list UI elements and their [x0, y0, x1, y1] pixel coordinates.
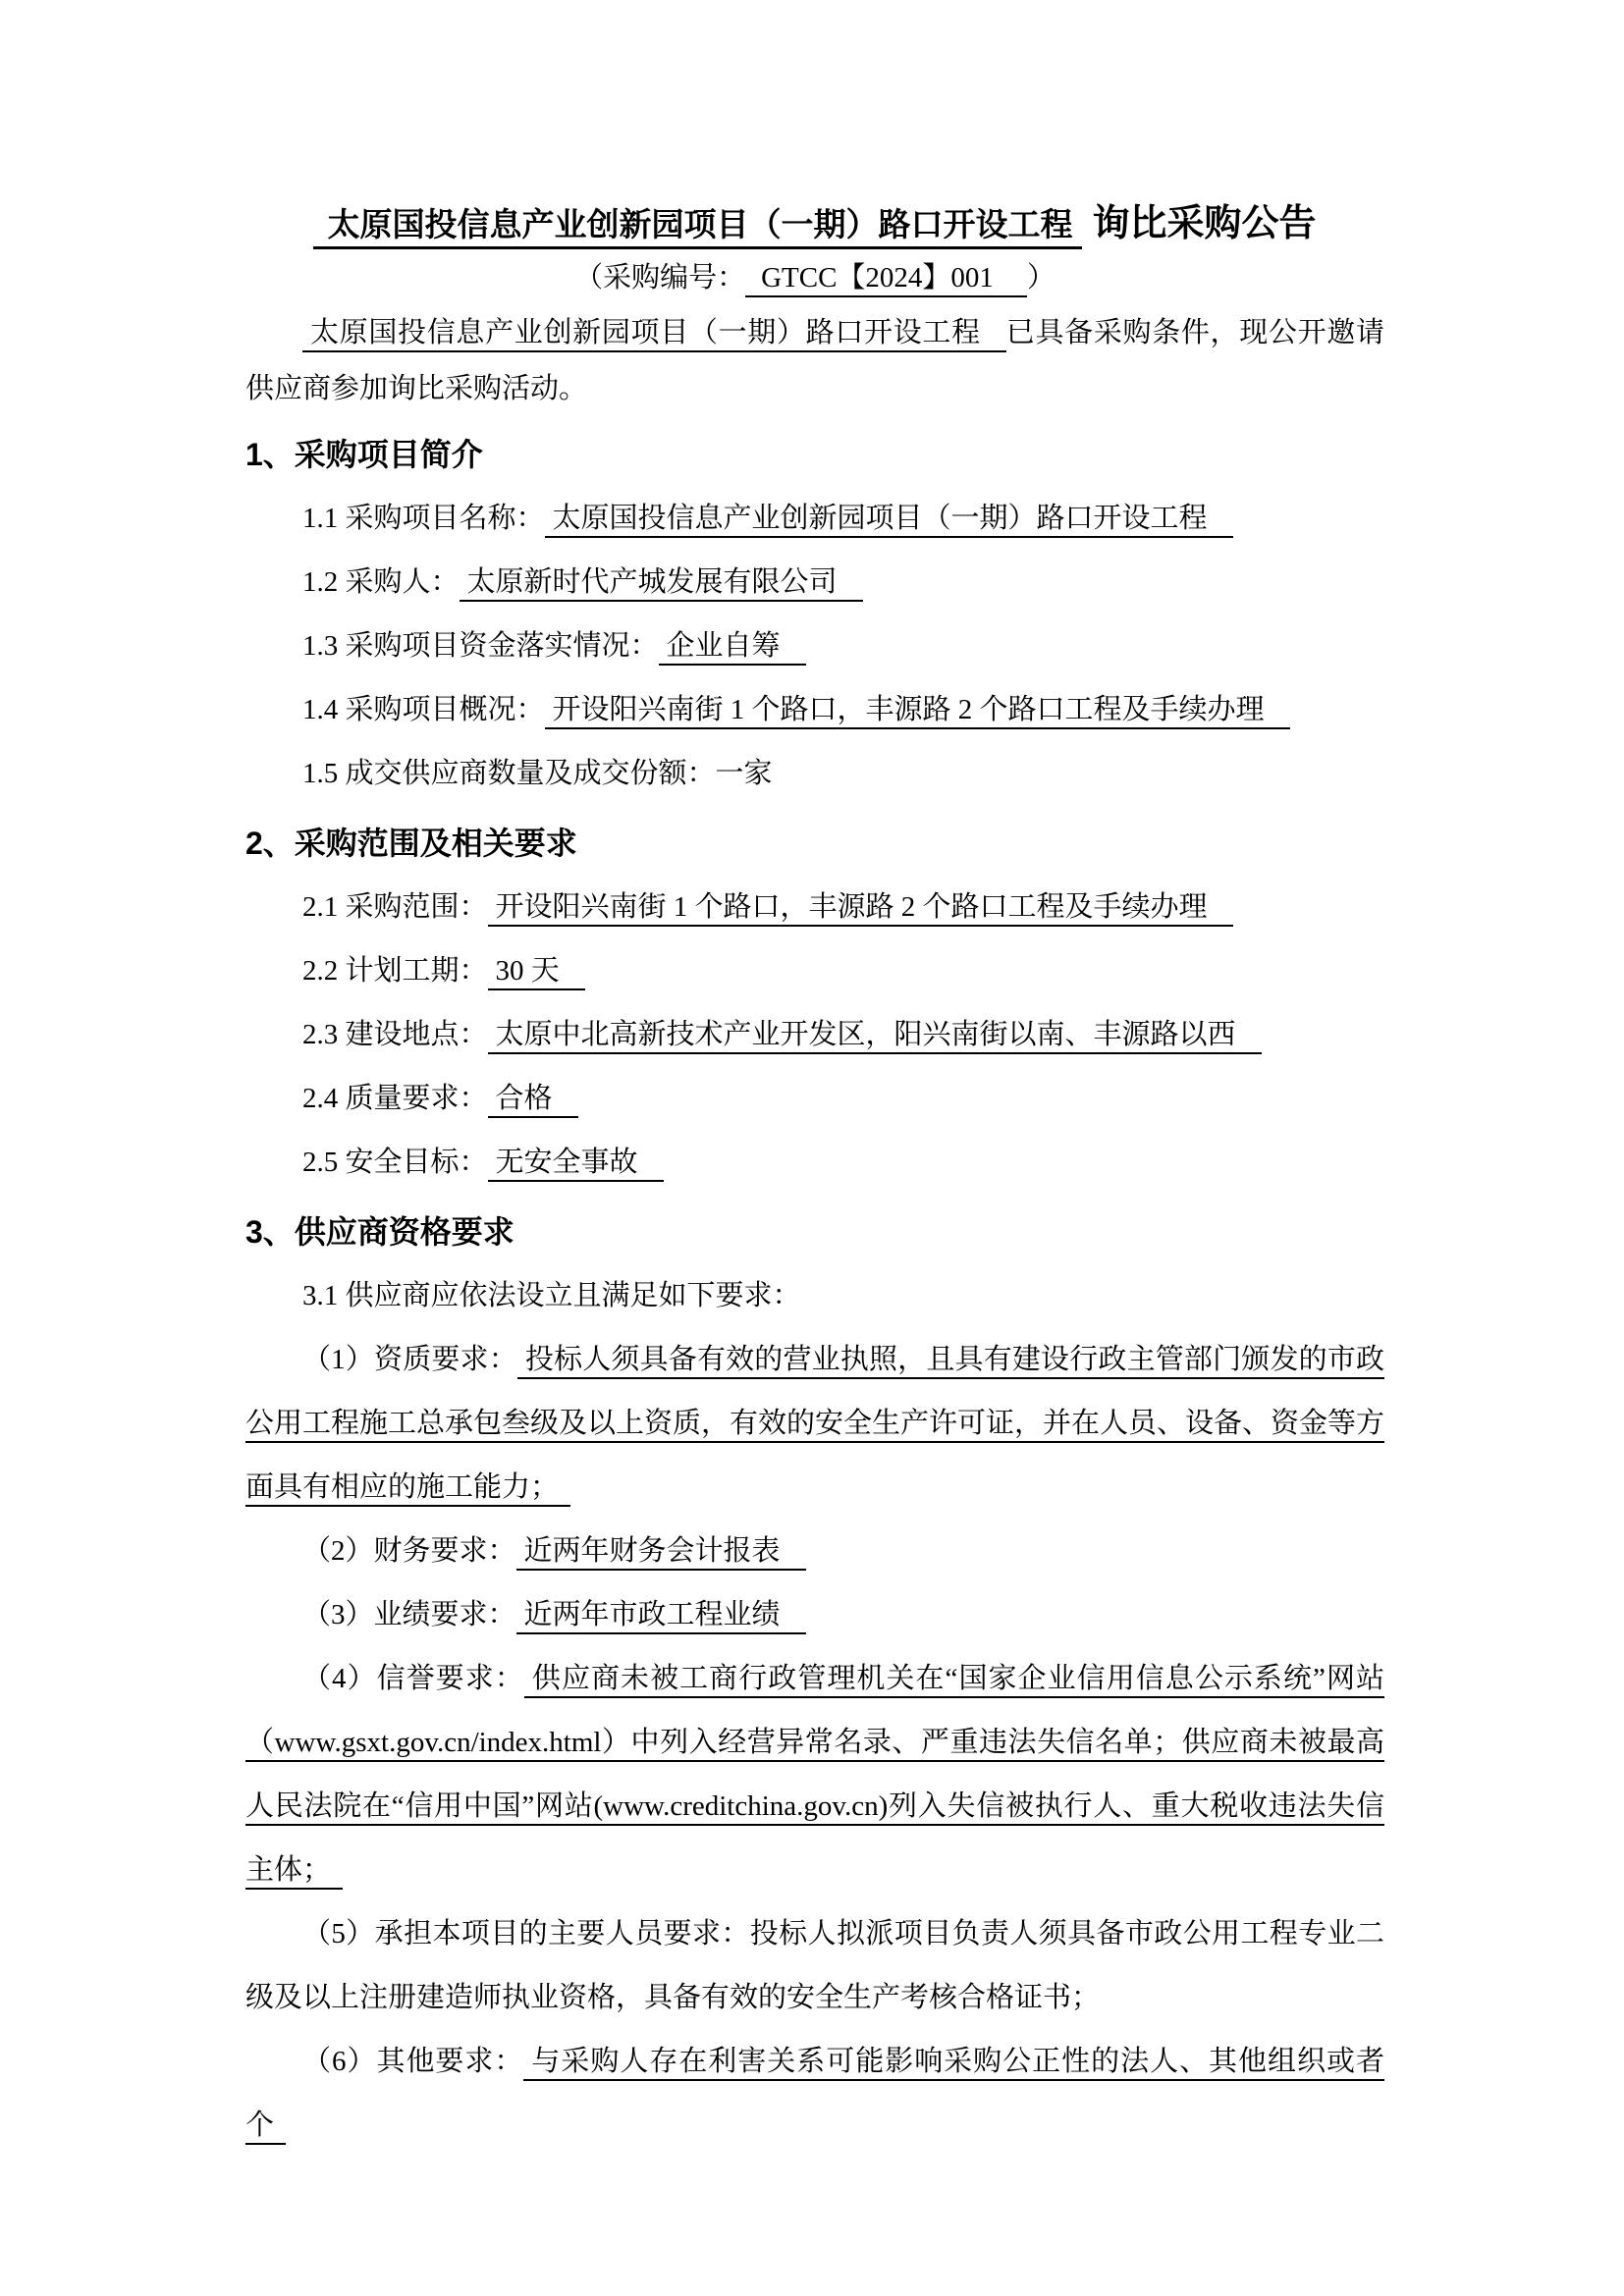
item-label: 1.2 采购人：: [302, 566, 460, 598]
document-page: 太原国投信息产业创新园项目（一期）路口开设工程询比采购公告 （采购编号：GTCC…: [0, 0, 1624, 2296]
procurement-ref-line: （采购编号：GTCC【2024】001）: [245, 250, 1384, 305]
item-label: 2.5 安全目标：: [302, 1147, 488, 1178]
item-value-underlined: 30 天: [488, 955, 585, 990]
item-3-1-req-2: （2）财务要求：近两年财务会计报表: [245, 1520, 1384, 1583]
ref-open-bracket: （采购编号：: [574, 262, 745, 294]
item-value-underlined: 开设阳兴南街 1 个路口，丰源路 2 个路口工程及手续办理: [545, 694, 1290, 729]
item-value-underlined: 近两年财务会计报表: [516, 1535, 806, 1571]
section-heading-3: 3、供应商资格要求: [245, 1201, 1384, 1264]
item-label: 1.4 采购项目概况：: [302, 694, 545, 725]
item-3-1-req-1: （1）资质要求：投标人须具备有效的营业执照，且具有建设行政主管部门颁发的市政公用…: [245, 1328, 1384, 1520]
item-label: 2.4 质量要求：: [302, 1083, 488, 1114]
item-label: （3）业绩要求：: [302, 1599, 516, 1630]
item-3-1: 3.1 供应商应依法设立且满足如下要求：: [245, 1264, 1384, 1328]
item-1-5: 1.5 成交供应商数量及成交份额：一家: [245, 742, 1384, 806]
item-2-4: 2.4 质量要求：合格: [245, 1067, 1384, 1131]
item-2-5: 2.5 安全目标：无安全事故: [245, 1131, 1384, 1195]
item-value-underlined: 太原新时代产城发展有限公司: [460, 566, 863, 602]
item-3-1-req-3: （3）业绩要求：近两年市政工程业绩: [245, 1583, 1384, 1647]
page-title-announcement-type: 询比采购公告: [1092, 203, 1316, 244]
item-3-1-req-4: （4）信誉要求：供应商未被工商行政管理机关在“国家企业信用信息公示系统”网站（w…: [245, 1647, 1384, 1902]
item-1-4: 1.4 采购项目概况：开设阳兴南街 1 个路口，丰源路 2 个路口工程及手续办理: [245, 678, 1384, 742]
section-heading-2: 2、采购范围及相关要求: [245, 812, 1384, 876]
item-label: 2.2 计划工期：: [302, 955, 488, 987]
item-2-2: 2.2 计划工期：30 天: [245, 939, 1384, 1003]
item-label: 1.5 成交供应商数量及成交份额：: [302, 758, 716, 789]
item-label: 1.3 采购项目资金落实情况：: [302, 630, 659, 662]
page-title: 太原国投信息产业创新园项目（一期）路口开设工程询比采购公告: [245, 200, 1384, 250]
item-value-underlined: 供应商未被工商行政管理机关在“国家企业信用信息公示系统”网站（www.gsxt.…: [245, 1663, 1384, 1890]
item-label: 3.1 供应商应依法设立且满足如下要求：: [302, 1280, 801, 1311]
item-3-1-req-5: （5）承担本项目的主要人员要求：投标人拟派项目负责人须具备市政公用工程专业二级及…: [245, 1902, 1384, 2030]
item-label: 1.1 采购项目名称：: [302, 503, 545, 534]
item-value-underlined: 企业自筹: [659, 630, 806, 666]
intro-project-name: 太原国投信息产业创新园项目（一期）路口开设工程: [302, 317, 1006, 352]
item-value-underlined: 近两年市政工程业绩: [516, 1599, 806, 1634]
document-content: 太原国投信息产业创新园项目（一期）路口开设工程询比采购公告 （采购编号：GTCC…: [0, 0, 1624, 2158]
item-value-underlined: 太原国投信息产业创新园项目（一期）路口开设工程: [545, 503, 1233, 538]
item-label: （2）财务要求：: [302, 1535, 516, 1567]
procurement-ref-number: GTCC【2024】001: [745, 262, 1027, 297]
item-label: （6）其他要求：: [302, 2046, 523, 2077]
intro-paragraph: 太原国投信息产业创新园项目（一期）路口开设工程已具备采购条件，现公开邀请供应商参…: [245, 305, 1384, 417]
item-label: （4）信誉要求：: [302, 1663, 524, 1694]
item-2-1: 2.1 采购范围：开设阳兴南街 1 个路口，丰源路 2 个路口工程及手续办理: [245, 876, 1384, 939]
page-title-project-name: 太原国投信息产业创新园项目（一期）路口开设工程: [313, 208, 1082, 249]
item-value-underlined: 太原中北高新技术产业开发区，阳兴南街以南、丰源路以西: [488, 1019, 1262, 1054]
item-label: （1）资质要求：: [302, 1344, 517, 1375]
item-value: 一家: [716, 758, 773, 789]
item-1-1: 1.1 采购项目名称：太原国投信息产业创新园项目（一期）路口开设工程: [245, 487, 1384, 551]
item-value-underlined: 开设阳兴南街 1 个路口，丰源路 2 个路口工程及手续办理: [488, 891, 1233, 927]
item-label: （5）承担本项目的主要人员要求：: [302, 1918, 750, 1949]
section-heading-1: 1、采购项目简介: [245, 423, 1384, 487]
item-1-3: 1.3 采购项目资金落实情况：企业自筹: [245, 614, 1384, 678]
item-label: 2.3 建设地点：: [302, 1019, 488, 1050]
item-3-1-req-6: （6）其他要求：与采购人存在利害关系可能影响采购公正性的法人、其他组织或者个: [245, 2030, 1384, 2158]
item-value-underlined: 合格: [488, 1083, 578, 1118]
item-value-underlined: 无安全事故: [488, 1147, 664, 1182]
item-label: 2.1 采购范围：: [302, 891, 488, 923]
item-2-3: 2.3 建设地点：太原中北高新技术产业开发区，阳兴南街以南、丰源路以西: [245, 1003, 1384, 1067]
ref-close-bracket: ）: [1027, 262, 1056, 294]
item-1-2: 1.2 采购人：太原新时代产城发展有限公司: [245, 551, 1384, 614]
